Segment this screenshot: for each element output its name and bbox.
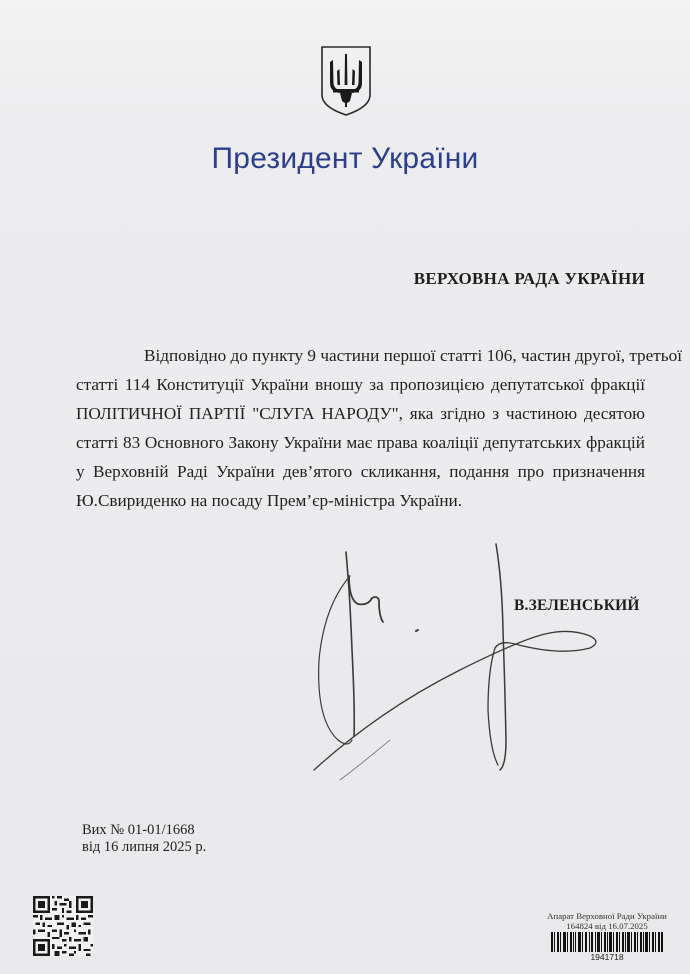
signer-name: В.ЗЕЛЕНСЬКИЙ <box>514 597 640 615</box>
document-header-title: Президент України <box>0 142 690 176</box>
stamp-registration: 164824 від 16.07.2025 <box>536 922 678 932</box>
body-line: у Верховній Раді України дев’ятого склик… <box>76 457 645 486</box>
barcode <box>551 932 663 952</box>
outgoing-number: Вих № 01-01/1668 <box>82 822 206 839</box>
body-line: Ю.Свириденко на посаду Прем’єр-міністра … <box>76 486 645 515</box>
addressee: ВЕРХОВНА РАДА УКРАЇНИ <box>414 269 645 289</box>
document-body: Відповідно до пункту 9 частини першої ст… <box>76 341 645 515</box>
handwritten-signature <box>300 540 620 780</box>
registration-stamp: Апарат Верховної Ради України 164824 від… <box>536 912 678 962</box>
barcode-number: 1941718 <box>536 952 678 962</box>
coat-of-arms-icon <box>320 45 372 117</box>
outgoing-reference: Вих № 01-01/1668 від 16 липня 2025 р. <box>82 822 206 856</box>
qr-code <box>33 896 93 956</box>
body-line: Відповідно до пункту 9 частини першої ст… <box>76 341 645 370</box>
body-line: ПОЛІТИЧНОЇ ПАРТІЇ "СЛУГА НАРОДУ", яка зг… <box>76 399 645 428</box>
body-line: статті 114 Конституції України вношу за … <box>76 370 645 399</box>
body-line: статті 83 Основного Закону України має п… <box>76 428 645 457</box>
document-page: Президент України ВЕРХОВНА РАДА УКРАЇНИ … <box>0 0 690 974</box>
outgoing-date: від 16 липня 2025 р. <box>82 839 206 856</box>
